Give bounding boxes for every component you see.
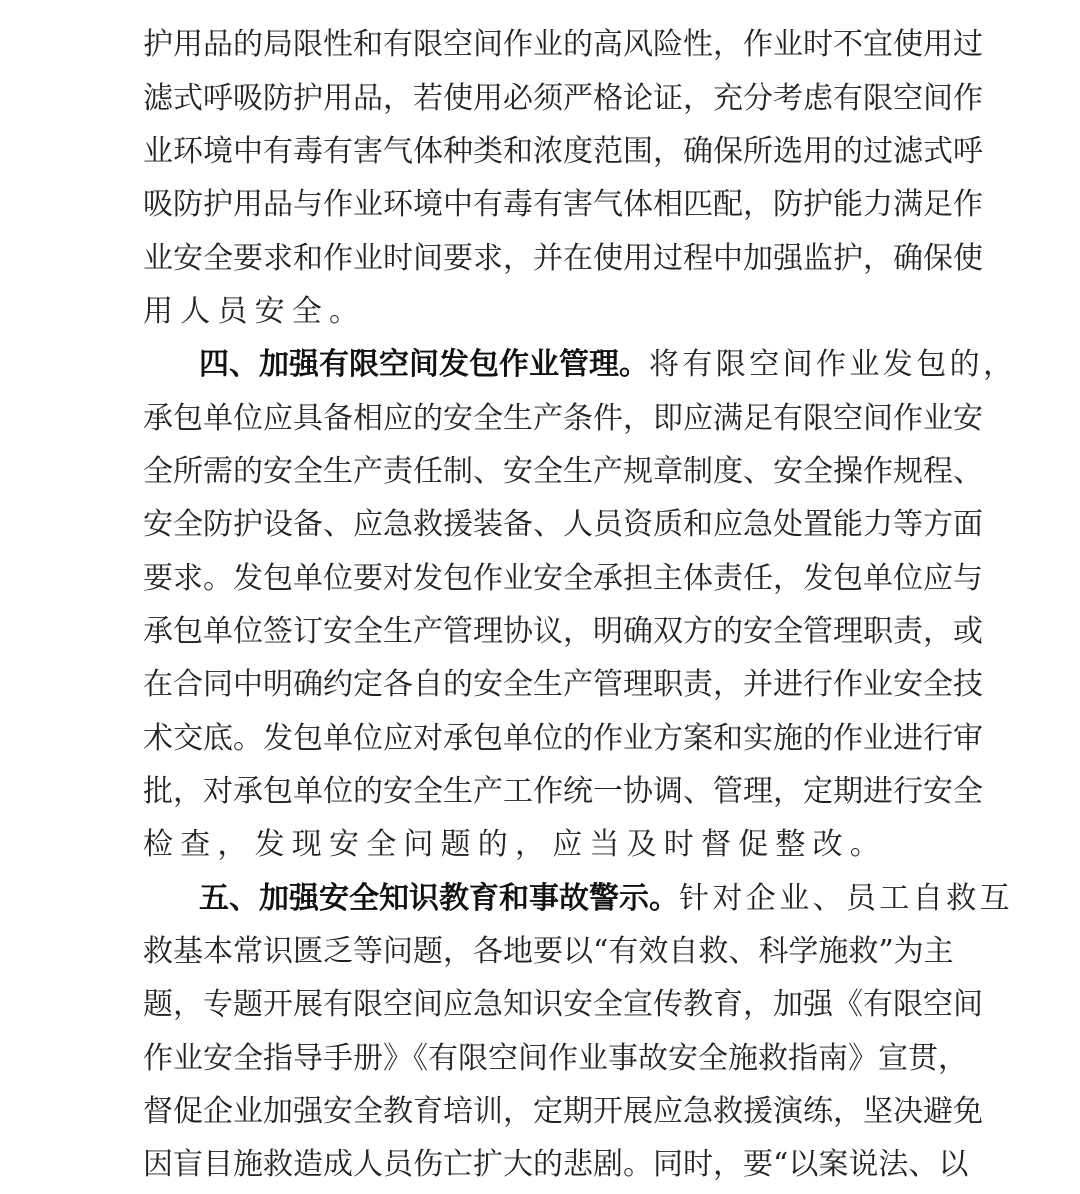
text-line: 用人员安全。 bbox=[143, 292, 366, 332]
text-line: 督促企业加强安全教育培训，定期开展应急救援演练，坚决避免 bbox=[143, 1092, 943, 1132]
text-line: 业安全要求和作业时间要求，并在使用过程中加强监护，确保使 bbox=[143, 239, 943, 279]
text-line: 业环境中有毒有害气体种类和浓度范围，确保所选用的过滤式呼 bbox=[143, 132, 943, 172]
text-line: 全所需的安全生产责任制、安全生产规章制度、安全操作规程、 bbox=[143, 452, 943, 492]
text-line: 在合同中明确约定各自的安全生产管理职责，并进行作业安全技 bbox=[143, 665, 943, 705]
text-line: 安全防护设备、应急救援装备、人员资质和应急处置能力等方面 bbox=[143, 505, 943, 545]
text-line: 救基本常识匮乏等问题，各地要以“有效自救、科学施救”为主 bbox=[143, 932, 943, 972]
section-heading: 四、加强有限空间发包作业管理。 bbox=[199, 345, 649, 385]
section-4-first-line: 四、加强有限空间发包作业管理。 将有限空间作业发包的， bbox=[199, 345, 943, 385]
section-5-first-line: 五、加强安全知识教育和事故警示。 针对企业、员工自救互 bbox=[199, 879, 943, 919]
text-line: 术交底。发包单位应对承包单位的作业方案和实施的作业进行审 bbox=[143, 719, 943, 759]
text-run: 针对企业、员工自救互 bbox=[679, 879, 1013, 919]
text-line: 滤式呼吸防护用品，若使用必须严格论证，充分考虑有限空间作 bbox=[143, 79, 943, 119]
section-heading: 五、加强安全知识教育和事故警示。 bbox=[199, 879, 679, 919]
text-run: 将有限空间作业发包的， bbox=[649, 345, 1016, 385]
text-line: 因盲目施救造成人员伤亡扩大的悲剧。同时，要“以案说法、以 bbox=[143, 1145, 943, 1185]
text-line: 要求。发包单位要对发包作业安全承担主体责任，发包单位应与 bbox=[143, 559, 943, 599]
text-line: 作业安全指导手册》《有限空间作业事故安全施救指南》宣贯， bbox=[143, 1039, 943, 1079]
text-line: 承包单位应具备相应的安全生产条件，即应满足有限空间作业安 bbox=[143, 399, 943, 439]
text-line: 题，专题开展有限空间应急知识安全宣传教育，加强《有限空间 bbox=[143, 985, 943, 1025]
text-line: 承包单位签订安全生产管理协议，明确双方的安全管理职责，或 bbox=[143, 612, 943, 652]
text-line: 检查，发现安全问题的，应当及时督促整改。 bbox=[143, 825, 887, 865]
text-line: 护用品的局限性和有限空间作业的高风险性，作业时不宜使用过 bbox=[143, 25, 943, 65]
text-line: 吸防护用品与作业环境中有毒有害气体相匹配，防护能力满足作 bbox=[143, 185, 943, 225]
text-line: 批，对承包单位的安全生产工作统一协调、管理，定期进行安全 bbox=[143, 772, 943, 812]
